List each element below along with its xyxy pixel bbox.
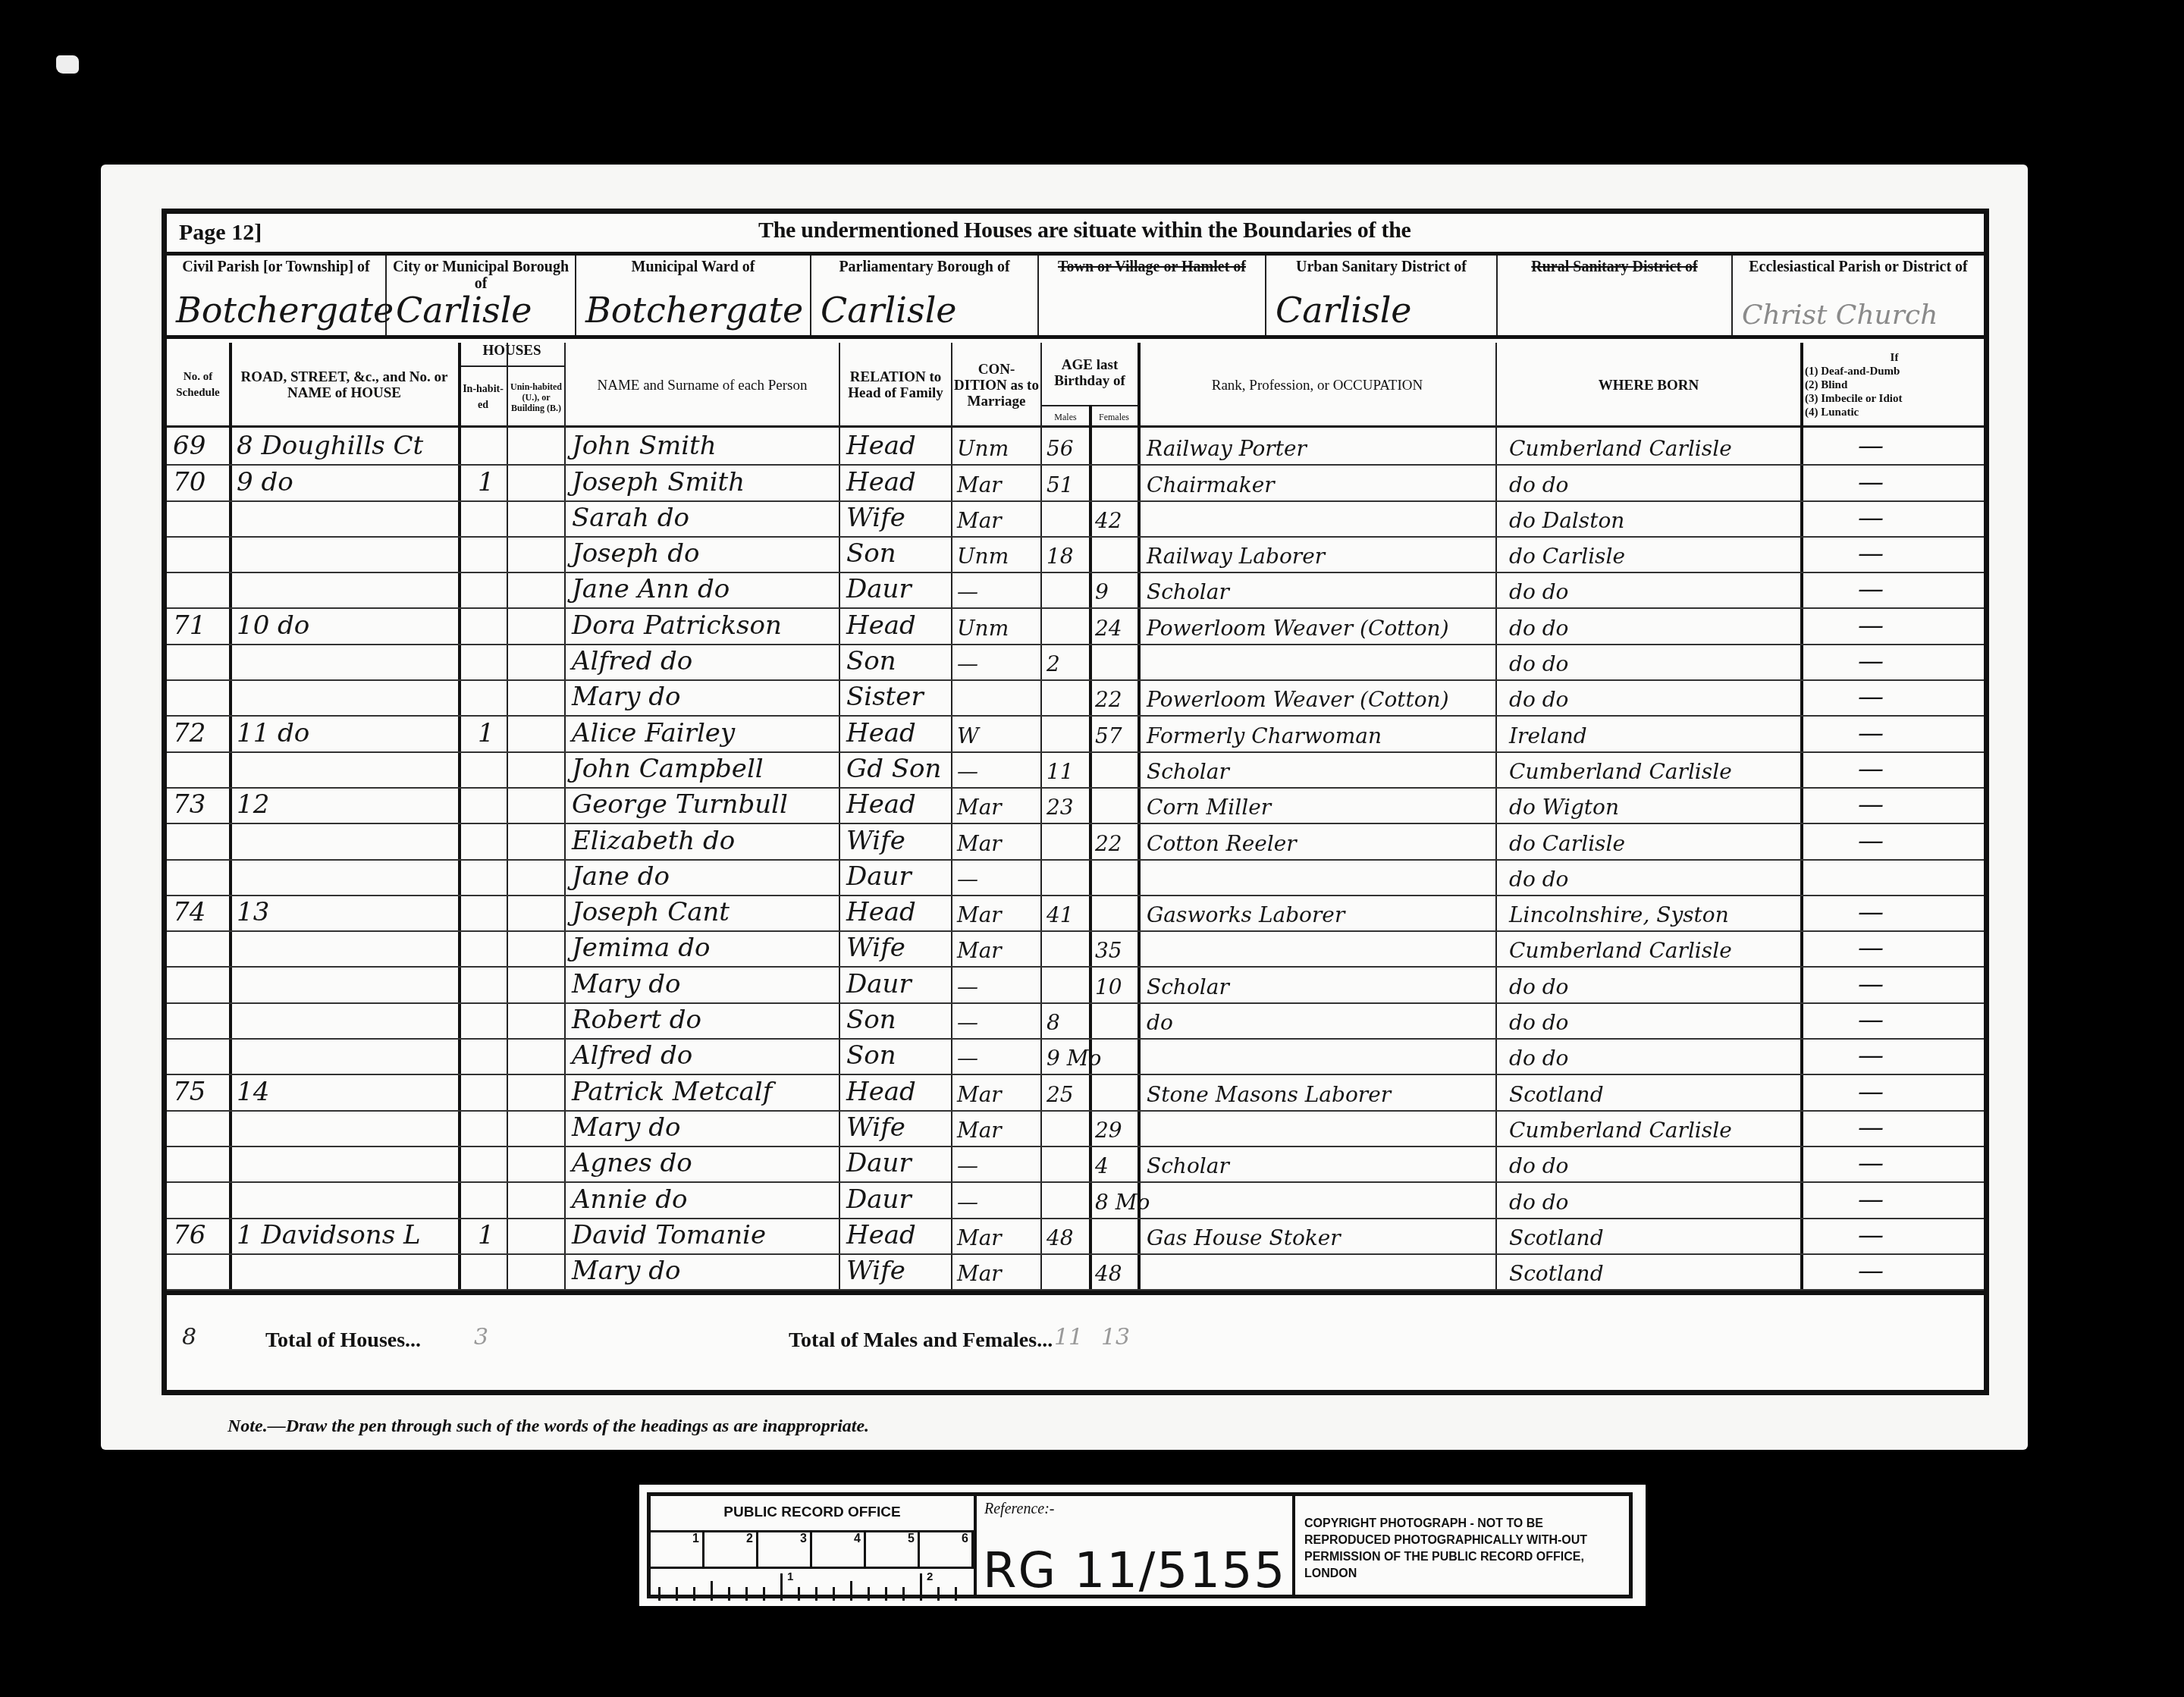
loc-label: Ecclesiastical Parish or District of (1733, 256, 1984, 275)
row-name: David Tomanie (572, 1220, 766, 1250)
row-road: 8 Doughills Ct (237, 431, 423, 461)
row-infirmity: — (1858, 826, 1884, 856)
row-occupation: Scholar (1147, 759, 1229, 784)
ruler-tick (955, 1587, 957, 1601)
loc-value: Christ Church (1742, 300, 1938, 331)
row-schedule: 70 (173, 467, 206, 497)
row-name: Mary do (572, 1256, 681, 1286)
row-inhabited: 1 (478, 718, 494, 748)
row-where-born: do do (1509, 616, 1568, 641)
row-name: Mary do (572, 1112, 681, 1143)
ruler-tick (885, 1587, 887, 1601)
reference-panel: Reference:- RG 11/5155 (977, 1496, 1295, 1595)
pro-panel: PUBLIC RECORD OFFICE 123456 12 (651, 1496, 977, 1595)
row-name: Sarah do (572, 503, 689, 533)
reference-value: RG 11/5155 (983, 1543, 1286, 1599)
row-name: Mary do (572, 682, 681, 712)
ruler-tick (815, 1587, 817, 1601)
row-female-age: 22 (1095, 831, 1122, 856)
row-male-age: 18 (1046, 544, 1074, 569)
hdr-inhabited: In-habit-ed (460, 369, 507, 426)
hdr-where-born: WHERE BORN (1497, 343, 1800, 428)
row-occupation: Scholar (1147, 579, 1229, 604)
row-infirmity: — (1858, 1112, 1884, 1143)
loc-label: Town or Village or Hamlet of (1039, 256, 1265, 275)
row-occupation: Railway Porter (1147, 436, 1307, 461)
ruler-cm-mark: 3 (758, 1532, 812, 1567)
table-row: Elizabeth doWifeMar22Cotton Reelerdo Car… (167, 824, 1984, 860)
loc-label: Civil Parish [or Township] of (167, 256, 385, 275)
row-occupation: Powerloom Weaver (Cotton) (1147, 687, 1449, 712)
table-row: 7211 do1Alice FairleyHeadW57Formerly Cha… (167, 717, 1984, 752)
row-female-age: 48 (1095, 1261, 1122, 1286)
row-condition: Unm (957, 436, 1009, 461)
row-where-born: do do (1509, 579, 1568, 604)
row-infirmity: — (1858, 1077, 1884, 1107)
loc-label: Rural Sanitary District of (1498, 256, 1731, 275)
ruler-tick (763, 1587, 765, 1601)
row-relation: Daur (846, 861, 912, 892)
row-condition: Unm (957, 616, 1009, 641)
row-female-age: 29 (1095, 1118, 1122, 1143)
loc-rural-sanitary: Rural Sanitary District of (1498, 256, 1733, 335)
table-row: 7312George TurnbullHeadMar23Corn Millerd… (167, 789, 1984, 824)
row-occupation: do (1147, 1010, 1173, 1035)
row-relation: Wife (846, 1112, 905, 1143)
row-male-age: 51 (1046, 472, 1074, 497)
row-road: 14 (237, 1077, 269, 1107)
row-occupation: Gas House Stoker (1147, 1225, 1341, 1250)
row-infirmity: — (1858, 610, 1884, 641)
row-infirmity: — (1858, 646, 1884, 676)
row-condition: — (957, 1010, 978, 1035)
loc-label: Urban Sanitary District of (1266, 256, 1496, 275)
hdr-infirmity-3: (3) Imbecile or Idiot (1805, 392, 1902, 406)
row-relation: Daur (846, 969, 912, 999)
row-male-age: 41 (1046, 902, 1074, 927)
row-name: Joseph Cant (572, 897, 730, 927)
row-name: Joseph Smith (572, 467, 745, 497)
hdr-infirmity-4: (4) Lunatic (1805, 406, 1859, 419)
total-males-value: 11 (1054, 1324, 1083, 1350)
hdr-occupation: Rank, Profession, or OCCUPATION (1139, 343, 1495, 428)
row-condition: — (957, 1153, 978, 1178)
ruler-inch: 12 (651, 1569, 974, 1601)
row-female-age: 9 (1095, 579, 1109, 604)
table-row: Mary doWifeMar48Scotland— (167, 1255, 1984, 1291)
row-relation: Head (846, 431, 916, 461)
row-male-age: 48 (1046, 1225, 1074, 1250)
row-road: 10 do (237, 610, 309, 641)
table-row: Jane doDaur—do do (167, 861, 1984, 896)
ruler-tick (693, 1587, 695, 1601)
table-row: Annie doDaur—8 Modo do— (167, 1183, 1984, 1219)
row-relation: Son (846, 646, 896, 676)
row-name: Joseph do (572, 538, 699, 569)
row-infirmity: — (1858, 897, 1884, 927)
row-occupation: Powerloom Weaver (Cotton) (1147, 616, 1449, 641)
row-where-born: Cumberland Carlisle (1509, 1118, 1732, 1143)
row-relation: Sister (846, 682, 924, 712)
hdr-relation: RELATION to Head of Family (840, 343, 951, 428)
table-row: Joseph doSonUnm18Railway Laborerdo Carli… (167, 538, 1984, 573)
row-occupation: Corn Miller (1147, 795, 1271, 820)
ruler-tick (658, 1587, 661, 1601)
table-row: Robert doSon—8dodo do— (167, 1004, 1984, 1040)
row-occupation: Railway Laborer (1147, 544, 1325, 569)
row-female-age: 35 (1095, 938, 1122, 963)
row-male-age: 8 (1046, 1010, 1060, 1035)
row-infirmity: — (1858, 431, 1884, 461)
row-condition: Mar (957, 1118, 1002, 1143)
ruler-tick (711, 1581, 713, 1601)
row-name: George Turnbull (572, 789, 788, 820)
loc-label: Parliamentary Borough of (811, 256, 1037, 275)
row-name: Jemima do (572, 933, 710, 963)
ruler-cm: 123456 (651, 1532, 974, 1569)
row-infirmity: — (1858, 574, 1884, 604)
loc-value: Botchergate (176, 290, 394, 331)
row-infirmity: — (1858, 1256, 1884, 1286)
table-row: 709 do1Joseph SmithHeadMar51Chairmakerdo… (167, 466, 1984, 501)
row-where-born: do do (1509, 651, 1568, 676)
table-row: Jemima doWifeMar35Cumberland Carlisle— (167, 932, 1984, 968)
row-condition: W (957, 723, 979, 748)
row-female-age: 22 (1095, 687, 1122, 712)
hdr-schedule: No. of Schedule (167, 343, 229, 428)
totals-row: 8 Total of Houses... 3 Total of Males an… (167, 1291, 1984, 1388)
row-schedule: 71 (173, 610, 206, 641)
hdr-infirmity-if: If (1805, 351, 1984, 365)
hdr-females: Females (1090, 405, 1137, 428)
row-condition: Mar (957, 902, 1002, 927)
ruler-inch-mark: 2 (927, 1570, 933, 1583)
ruler-tick (868, 1587, 870, 1601)
row-condition: — (957, 651, 978, 676)
row-relation: Wife (846, 826, 905, 856)
row-female-age: 57 (1095, 723, 1122, 748)
row-name: John Campbell (572, 754, 764, 784)
row-occupation: Chairmaker (1147, 472, 1275, 497)
row-where-born: Scotland (1509, 1082, 1604, 1107)
row-where-born: Cumberland Carlisle (1509, 938, 1732, 963)
loc-city: City or Municipal Borough of Carlisle (387, 256, 576, 335)
row-relation: Daur (846, 1148, 912, 1178)
hdr-condition: CON-DITION as to Marriage (952, 343, 1040, 428)
hdr-age: AGE last Birthday of (1042, 343, 1137, 403)
ruler-tick (798, 1587, 800, 1601)
ruler-cm-mark: 2 (704, 1532, 758, 1567)
row-where-born: Cumberland Carlisle (1509, 759, 1732, 784)
row-schedule: 75 (173, 1077, 206, 1107)
total-schedules: 8 (182, 1324, 196, 1350)
row-condition: — (957, 579, 978, 604)
row-name: Alfred do (572, 1040, 692, 1071)
record-office-slip: PUBLIC RECORD OFFICE 123456 12 Reference… (639, 1485, 1646, 1606)
total-persons-label: Total of Males and Females... (789, 1328, 1053, 1353)
row-male-age: 25 (1046, 1082, 1074, 1107)
slip-box: PUBLIC RECORD OFFICE 123456 12 Reference… (647, 1492, 1633, 1598)
row-where-born: do do (1509, 867, 1568, 892)
row-relation: Wife (846, 933, 905, 963)
row-occupation: Cotton Reeler (1147, 831, 1297, 856)
ruler-tick (780, 1573, 783, 1601)
row-occupation: Formerly Charwoman (1147, 723, 1382, 748)
ruler-cm-mark: 5 (866, 1532, 920, 1567)
ruler-inch-mark: 1 (787, 1570, 793, 1583)
row-where-born: do Carlisle (1509, 544, 1625, 569)
row-condition: — (957, 974, 978, 999)
row-infirmity: — (1858, 754, 1884, 784)
hdr-infirmity-1: (1) Deaf-and-Dumb (1805, 365, 1900, 378)
film-speck (56, 55, 79, 74)
row-occupation: Stone Masons Laborer (1147, 1082, 1391, 1107)
hdr-name: NAME and Surname of each Person (566, 343, 839, 428)
column-header-row: No. of Schedule ROAD, STREET, &c., and N… (167, 343, 1984, 428)
row-where-born: do do (1509, 687, 1568, 712)
table-row: 7514Patrick MetcalfHeadMar25Stone Masons… (167, 1075, 1984, 1111)
row-relation: Son (846, 1040, 896, 1071)
row-where-born: do do (1509, 1190, 1568, 1215)
row-female-age: 8 Mo (1095, 1190, 1150, 1215)
loc-urban-sanitary: Urban Sanitary District of Carlisle (1266, 256, 1498, 335)
row-where-born: Ireland (1509, 723, 1587, 748)
row-schedule: 74 (173, 897, 206, 927)
ruler-tick (920, 1573, 922, 1601)
form-note: Note.—Draw the pen through such of the w… (227, 1416, 869, 1437)
row-schedule: 73 (173, 789, 206, 820)
row-where-born: do do (1509, 1153, 1568, 1178)
row-infirmity: — (1858, 538, 1884, 569)
row-road: 13 (237, 897, 269, 927)
row-where-born: Lincolnshire, Syston (1509, 902, 1729, 927)
row-schedule: 72 (173, 718, 206, 748)
row-road: 12 (237, 789, 269, 820)
row-where-born: Scotland (1509, 1261, 1604, 1286)
row-male-age: 2 (1046, 651, 1060, 676)
row-relation: Daur (846, 574, 912, 604)
loc-parliamentary: Parliamentary Borough of Carlisle (811, 256, 1039, 335)
ruler-tick (937, 1587, 940, 1601)
hdr-uninhabited: Unin-habited (U.), or Building (B.) (508, 369, 564, 426)
row-name: Elizabeth do (572, 826, 735, 856)
ruler-cm-mark: 1 (651, 1532, 704, 1567)
row-where-born: do do (1509, 472, 1568, 497)
row-schedule: 69 (173, 431, 206, 461)
hdr-infirmity-2: (2) Blind (1805, 378, 1847, 392)
row-where-born: do do (1509, 1046, 1568, 1071)
row-name: Patrick Metcalf (572, 1077, 772, 1107)
row-condition: Mar (957, 795, 1002, 820)
ruler-tick (902, 1587, 905, 1601)
row-infirmity: — (1858, 789, 1884, 820)
copyright-notice: COPYRIGHT PHOTOGRAPH - NOT TO BE REPRODU… (1295, 1496, 1629, 1595)
row-relation: Gd Son (846, 754, 941, 784)
location-row: Civil Parish [or Township] of Botchergat… (167, 256, 1984, 339)
row-female-age: 42 (1095, 508, 1122, 533)
row-infirmity: — (1858, 969, 1884, 999)
row-schedule: 76 (173, 1220, 206, 1250)
row-relation: Son (846, 1005, 896, 1035)
total-females-value: 13 (1101, 1324, 1130, 1350)
row-relation: Head (846, 1077, 916, 1107)
row-name: Alice Fairley (572, 718, 735, 748)
row-condition: Mar (957, 508, 1002, 533)
row-where-born: Scotland (1509, 1225, 1604, 1250)
census-form: Page 12] The undermentioned Houses are s… (162, 209, 1989, 1395)
row-infirmity: — (1858, 467, 1884, 497)
table-row: Mary doSister22Powerloom Weaver (Cotton)… (167, 681, 1984, 717)
row-relation: Head (846, 897, 916, 927)
row-relation: Head (846, 789, 916, 820)
row-where-born: Cumberland Carlisle (1509, 436, 1732, 461)
row-inhabited: 1 (478, 467, 494, 497)
loc-value: Carlisle (1276, 290, 1412, 331)
row-relation: Wife (846, 1256, 905, 1286)
row-occupation: Gasworks Laborer (1147, 902, 1345, 927)
row-occupation: Scholar (1147, 1153, 1229, 1178)
row-condition: Mar (957, 472, 1002, 497)
row-where-born: do do (1509, 974, 1568, 999)
row-road: 1 Davidsons L (237, 1220, 420, 1250)
reference-label: Reference:- (984, 1501, 1055, 1518)
row-infirmity: — (1858, 1005, 1884, 1035)
row-relation: Head (846, 718, 916, 748)
row-infirmity: — (1858, 1040, 1884, 1071)
row-condition: Mar (957, 1261, 1002, 1286)
loc-label: City or Municipal Borough of (387, 256, 575, 292)
table-row: Sarah doWifeMar42do Dalston— (167, 502, 1984, 538)
row-infirmity: — (1858, 1184, 1884, 1215)
row-where-born: do do (1509, 1010, 1568, 1035)
row-condition: — (957, 1190, 978, 1215)
loc-ecclesiastical: Ecclesiastical Parish or District of Chr… (1733, 256, 1984, 335)
page-number: Page 12] (179, 220, 262, 246)
loc-town: Town or Village or Hamlet of (1039, 256, 1266, 335)
hdr-infirmity: If (1) Deaf-and-Dumb (2) Blind (3) Imbec… (1802, 343, 1984, 428)
ruler-tick (676, 1587, 678, 1601)
total-houses-value: 3 (474, 1324, 488, 1350)
row-road: 9 do (237, 467, 293, 497)
ruler-tick (833, 1587, 835, 1601)
row-name: Jane Ann do (572, 574, 730, 604)
table-row: Alfred doSon—9 Modo do— (167, 1040, 1984, 1075)
row-male-age: 23 (1046, 795, 1074, 820)
row-condition: Unm (957, 544, 1009, 569)
total-houses-label: Total of Houses... (265, 1328, 421, 1353)
row-male-age: 56 (1046, 436, 1074, 461)
row-condition: Mar (957, 1082, 1002, 1107)
row-infirmity: — (1858, 682, 1884, 712)
hdr-males: Males (1042, 405, 1089, 428)
row-where-born: do Carlisle (1509, 831, 1625, 856)
table-row: 7110 doDora PatricksonHeadUnm24Powerloom… (167, 610, 1984, 645)
row-where-born: do Dalston (1509, 508, 1624, 533)
row-female-age: 4 (1095, 1153, 1109, 1178)
row-relation: Daur (846, 1184, 912, 1215)
row-condition: — (957, 867, 978, 892)
table-row: 698 Doughills CtJohn SmithHeadUnm56Railw… (167, 430, 1984, 466)
row-road: 11 do (237, 718, 309, 748)
table-row: John CampbellGd Son—11ScholarCumberland … (167, 753, 1984, 789)
table-row: Mary doDaur—10Scholardo do— (167, 968, 1984, 1004)
row-infirmity: — (1858, 503, 1884, 533)
row-condition: — (957, 1046, 978, 1071)
row-name: Dora Patrickson (572, 610, 782, 641)
table-row: Agnes doDaur—4Scholardo do— (167, 1147, 1984, 1183)
row-infirmity: — (1858, 1148, 1884, 1178)
row-male-age: 9 Mo (1046, 1046, 1101, 1071)
loc-value: Carlisle (396, 290, 532, 331)
table-row: Mary doWifeMar29Cumberland Carlisle— (167, 1112, 1984, 1147)
row-name: Agnes do (572, 1148, 692, 1178)
ruler-tick (728, 1587, 730, 1601)
loc-ward: Municipal Ward of Botchergate (576, 256, 811, 335)
row-name: Alfred do (572, 646, 692, 676)
loc-value: Carlisle (821, 290, 957, 331)
row-female-age: 24 (1095, 616, 1122, 641)
row-occupation: Scholar (1147, 974, 1229, 999)
loc-label: Municipal Ward of (576, 256, 810, 275)
row-condition: Mar (957, 938, 1002, 963)
row-name: Annie do (572, 1184, 687, 1215)
row-infirmity: — (1858, 1220, 1884, 1250)
form-title: The undermentioned Houses are situate wi… (758, 218, 1411, 243)
table-row: 761 Davidsons L1David TomanieHeadMar48Ga… (167, 1219, 1984, 1255)
row-female-age: 10 (1095, 974, 1122, 999)
loc-civil-parish: Civil Parish [or Township] of Botchergat… (167, 256, 387, 335)
row-name: Robert do (572, 1005, 701, 1035)
row-male-age: 11 (1046, 759, 1074, 784)
row-condition: Mar (957, 1225, 1002, 1250)
row-name: John Smith (572, 431, 717, 461)
loc-value: Botchergate (585, 290, 803, 331)
row-relation: Head (846, 467, 916, 497)
ruler-cm-mark: 4 (812, 1532, 866, 1567)
hdr-road: ROAD, STREET, &c., and No. or NAME of HO… (231, 343, 458, 428)
ruler-tick (745, 1587, 748, 1601)
row-relation: Wife (846, 503, 905, 533)
row-relation: Head (846, 610, 916, 641)
row-where-born: do Wigton (1509, 795, 1619, 820)
hdr-houses: HOUSES (460, 343, 564, 367)
row-relation: Son (846, 538, 896, 569)
row-infirmity: — (1858, 718, 1884, 748)
row-relation: Head (846, 1220, 916, 1250)
ruler-tick (850, 1581, 852, 1601)
row-name: Jane do (572, 861, 670, 892)
row-condition: — (957, 759, 978, 784)
table-row: 7413Joseph CantHeadMar41Gasworks Laborer… (167, 896, 1984, 932)
row-condition: Mar (957, 831, 1002, 856)
table-row: Alfred doSon—2do do— (167, 645, 1984, 681)
table-row: Jane Ann doDaur—9Scholardo do— (167, 573, 1984, 609)
pro-title: PUBLIC RECORD OFFICE (651, 1496, 974, 1532)
row-infirmity: — (1858, 933, 1884, 963)
ruler-cm-mark: 6 (920, 1532, 974, 1567)
row-inhabited: 1 (478, 1220, 494, 1250)
row-name: Mary do (572, 969, 681, 999)
